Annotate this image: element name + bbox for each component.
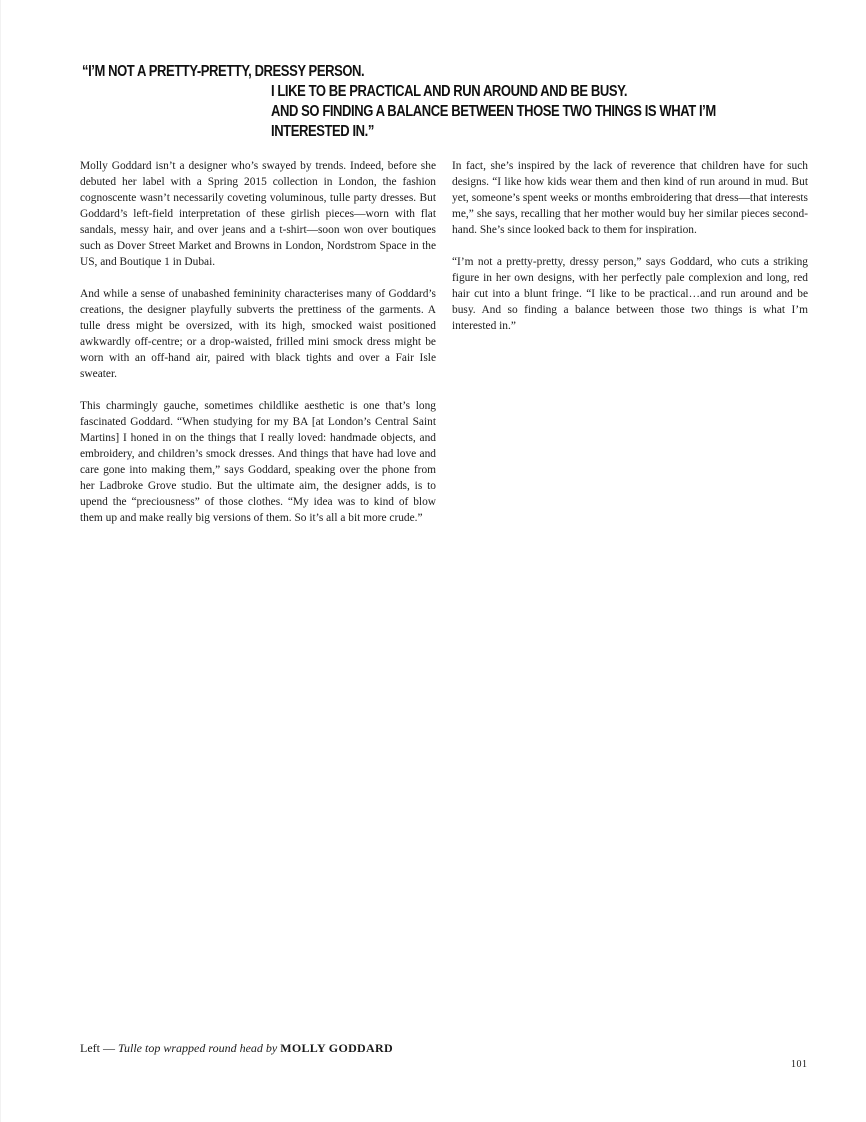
pull-quote-line-1: “I’m not a pretty-pretty, dressy person. [82,62,720,82]
page-edge [0,0,1,1122]
pull-quote: “I’m not a pretty-pretty, dressy person.… [82,62,720,142]
article-column-right: In fact, she’s inspired by the lack of r… [452,158,808,350]
pull-quote-line-3: And so finding a balance between those t… [271,102,720,142]
paragraph: In fact, she’s inspired by the lack of r… [452,158,808,238]
article-column-left: Molly Goddard isn’t a designer who’s swa… [80,158,436,542]
photo-caption: Left — Tulle top wrapped round head by M… [80,1041,393,1056]
page-number: 101 [791,1059,808,1070]
paragraph: This charmingly gauche, sometimes childl… [80,398,436,526]
caption-description: Tulle top wrapped round head by [118,1041,280,1055]
paragraph: “I’m not a pretty-pretty, dressy person,… [452,254,808,334]
caption-credit: MOLLY GODDARD [280,1041,393,1055]
paragraph: Molly Goddard isn’t a designer who’s swa… [80,158,436,270]
pull-quote-line-2: I like to be practical and run around an… [271,82,720,102]
paragraph: And while a sense of unabashed femininit… [80,286,436,382]
caption-label: Left — [80,1041,118,1055]
